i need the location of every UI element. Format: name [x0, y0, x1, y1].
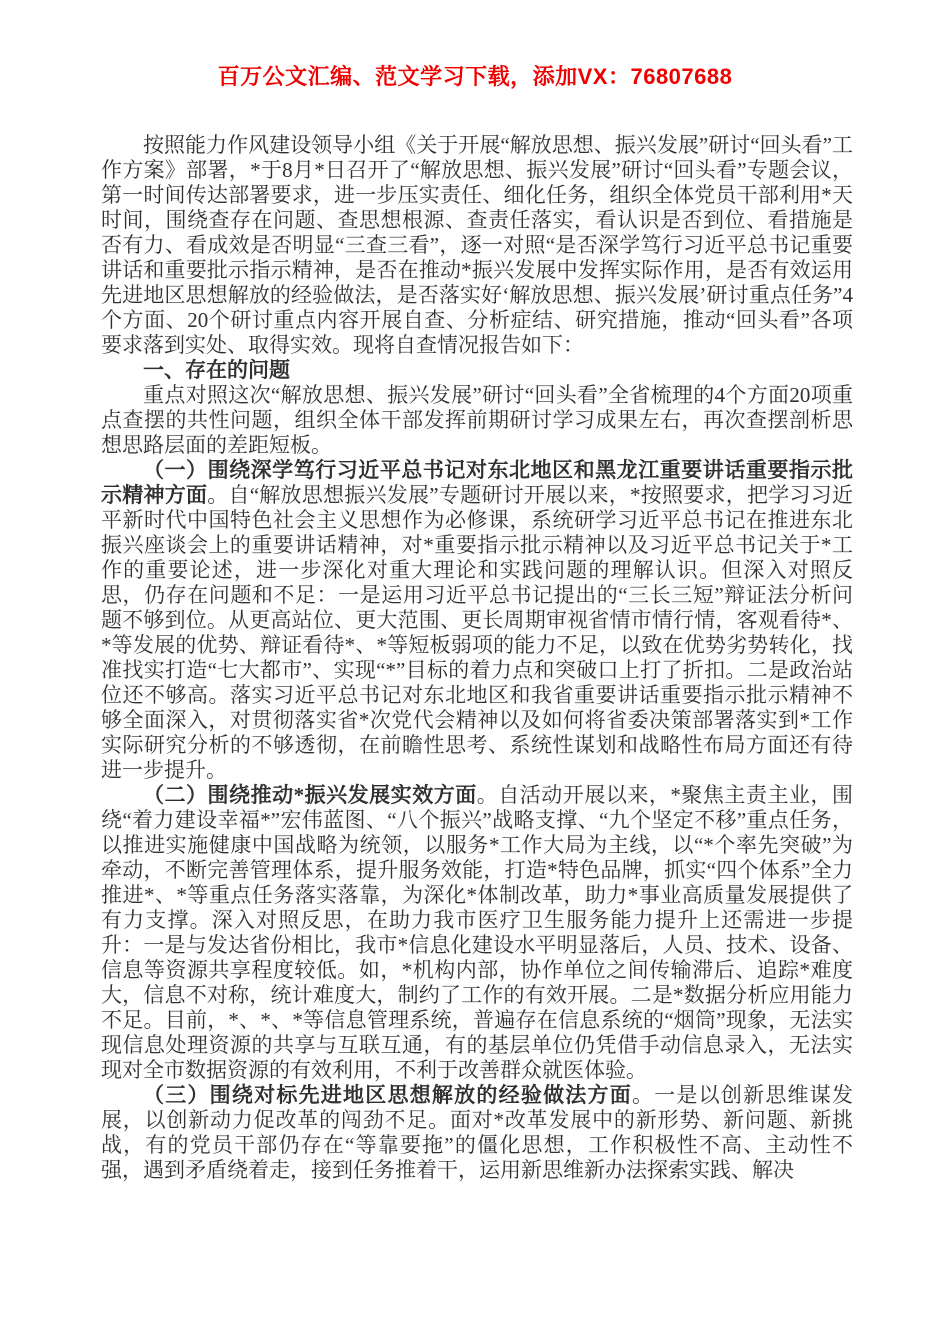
- paragraph: 按照能力作风建设领导小组《关于开展“解放思想、振兴发展”研讨“回头看”工作方案》…: [101, 133, 853, 358]
- document-page: 百万公文汇编、范文学习下载，添加VX：76807688 按照能力作风建设领导小组…: [0, 0, 950, 1344]
- paragraph: （三）围绕对标先进地区思想解放的经验做法方面。一是以创新思维谋发展，以创新动力促…: [101, 1083, 853, 1183]
- watermark-banner-text: 百万公文汇编、范文学习下载，添加VX：76807688: [0, 0, 950, 90]
- paragraph-lead-bold: （二）围绕推动*振兴发展实效方面: [143, 783, 477, 807]
- document-body: 按照能力作风建设领导小组《关于开展“解放思想、振兴发展”研讨“回头看”工作方案》…: [101, 133, 853, 1183]
- paragraph-lead-bold: （三）围绕对标先进地区思想解放的经验做法方面: [143, 1083, 632, 1107]
- paragraph-text: 按照能力作风建设领导小组《关于开展“解放思想、振兴发展”研讨“回头看”工作方案》…: [101, 133, 853, 357]
- paragraph: （一）围绕深学笃行习近平总书记对东北地区和黑龙江重要讲话重要指示批示精神方面。自…: [101, 458, 853, 783]
- paragraph: 重点对照这次“解放思想、振兴发展”研讨“回头看”全省梳理的4个方面20项重点查摆…: [101, 383, 853, 458]
- section-heading: 一、存在的问题: [101, 358, 853, 383]
- paragraph-text: 重点对照这次“解放思想、振兴发展”研讨“回头看”全省梳理的4个方面20项重点查摆…: [101, 383, 853, 457]
- paragraph-lead-bold: 一、存在的问题: [143, 358, 290, 382]
- paragraph-text: 。自“解放思想振兴发展”专题研讨开展以来，*按照要求，把学习习近平新时代中国特色…: [101, 483, 853, 782]
- paragraph-text: 。自活动开展以来，*聚焦主责主业，围绕“着力建设幸福*”宏伟蓝图、“八个振兴”战…: [101, 783, 853, 1082]
- paragraph: （二）围绕推动*振兴发展实效方面。自活动开展以来，*聚焦主责主业，围绕“着力建设…: [101, 783, 853, 1083]
